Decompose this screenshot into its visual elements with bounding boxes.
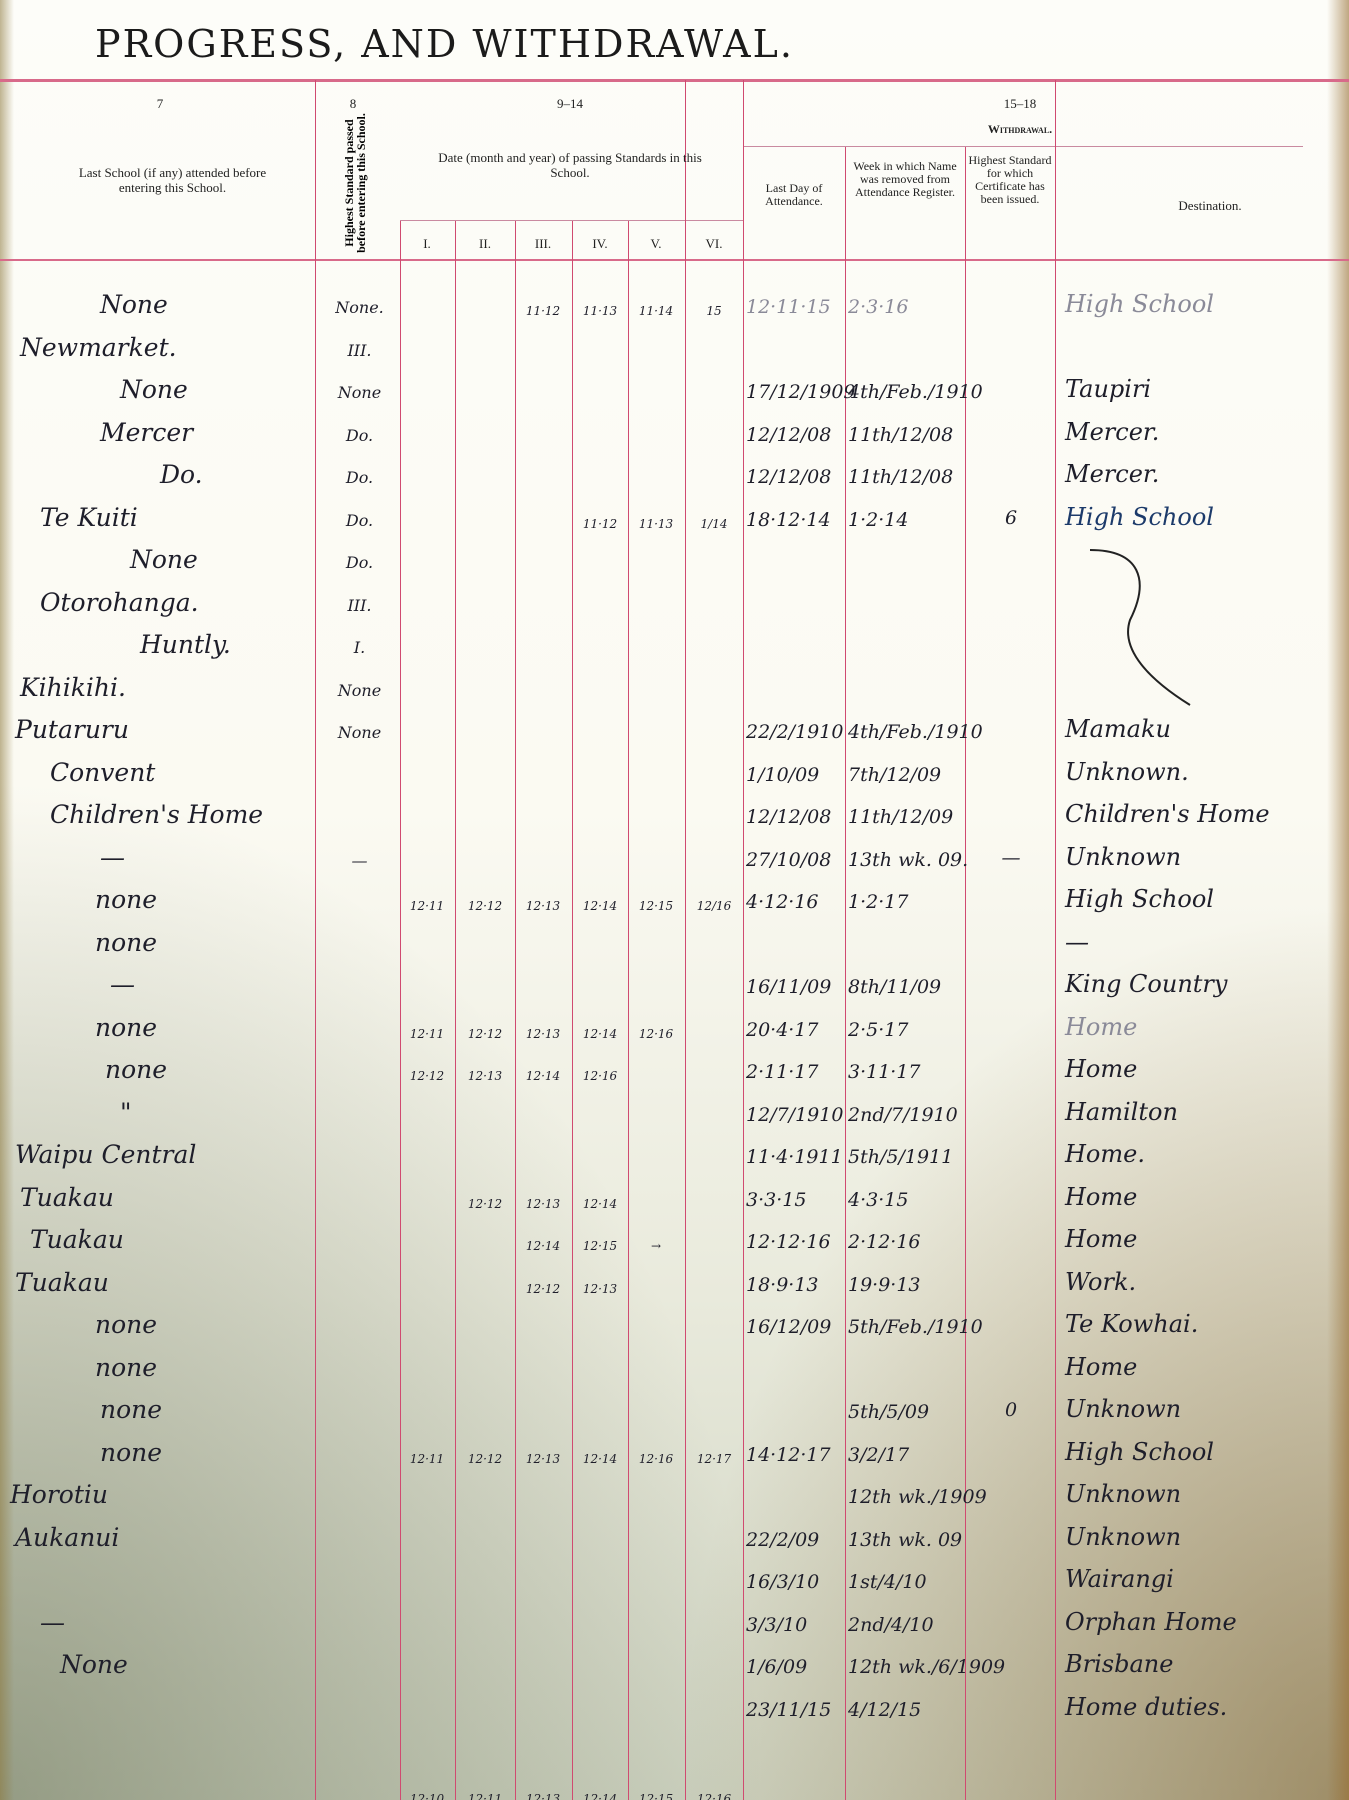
page-edge-stain [1327,0,1349,1800]
week-removed-cell: 2·3·16 [848,296,964,318]
destination-cell: Orphan Home [1065,1608,1237,1636]
destination-cell: Taupiri [1065,375,1151,403]
pass-date-cell: 12·15 [574,1239,626,1253]
week-removed-cell: 11th/12/09 [848,806,964,828]
column-rule [515,221,516,1800]
pass-date-cell: 12·16 [630,1027,682,1041]
destination-cell: — [1065,928,1089,956]
std-before-cell: Do. [322,426,397,445]
pass-date-cell: 11·13 [630,517,682,531]
pass-date-cell: 11·12 [574,517,626,531]
last-school-cell: Horotiu [10,1480,108,1509]
week-removed-label: Week in which Name was removed from Atte… [848,160,962,199]
col7-number: 7 [140,96,180,111]
std-before-cell: None [322,723,397,742]
week-removed-cell: 2nd/4/10 [848,1614,964,1636]
column-rule [572,221,573,1800]
certificate-cell: — [968,847,1054,869]
last-day-cell: 12/12/08 [746,466,844,488]
week-removed-cell: 2·12·16 [848,1231,964,1253]
standard-header-1: I. [407,236,447,251]
pass-date-cell: 12·13 [459,1069,511,1083]
week-removed-cell: 11th/12/08 [848,466,964,488]
destination-cell: Wairangi [1065,1565,1174,1593]
std-before-cell: Do. [322,511,397,530]
last-school-cell: Te Kuiti [40,503,138,532]
last-school-cell: Putaruru [15,715,129,744]
pass-date-cell: → [630,1239,682,1253]
week-removed-cell: 19·9·13 [848,1274,964,1296]
week-removed-cell: 7th/12/09 [848,764,964,786]
destination-label: Destination. [1080,198,1340,213]
last-day-cell: 20·4·17 [746,1019,844,1041]
last-day-cell: 16/3/10 [746,1571,844,1593]
pass-date-cell: 11·13 [574,304,626,318]
pass-date-cell: 11·12 [517,304,569,318]
last-day-cell: 18·12·14 [746,509,844,531]
last-day-cell: 17/12/1909 [746,381,844,403]
last-school-cell: None [100,290,168,319]
std-before-cell: — [322,851,397,870]
week-removed-cell: 11th/12/08 [848,424,964,446]
header-bottom-rule [0,259,1349,261]
last-school-cell: Waipu Central [15,1140,196,1169]
destination-cell: Unknown [1065,1523,1181,1551]
week-removed-cell: 8th/11/09 [848,976,964,998]
pass-date-cell: 12·14 [574,899,626,913]
destination-cell: Home. [1065,1140,1145,1168]
pass-date-cell: 12·16 [630,1452,682,1466]
last-day-cell: 12·11·15 [746,296,844,318]
week-removed-cell: 4/12/15 [848,1699,964,1721]
pass-date-cell: 11·14 [630,304,682,318]
last-school-cell: Mercer [100,418,193,447]
last-school-cell: Aukanui [15,1523,119,1552]
last-school-cell: Huntly. [140,630,231,659]
last-school-cell: none [95,885,157,914]
pass-date-cell: 12·14 [517,1069,569,1083]
last-school-cell: — [100,843,125,872]
week-removed-cell: 1·2·14 [848,509,964,531]
pass-date-cell: 12·13 [517,1027,569,1041]
last-school-cell: None [120,375,188,404]
std-before-cell: III. [322,596,397,615]
column-rule [685,80,686,1800]
last-day-label: Last Day of Attendance. [750,182,838,208]
last-school-cell: Tuakau [15,1268,109,1297]
destination-cell: Brisbane [1065,1650,1173,1678]
destination-cell: High School [1065,503,1214,531]
last-school-cell: — [40,1608,65,1637]
column-rule [455,221,456,1800]
pass-date-cell: 12·11 [401,899,453,913]
last-day-cell: 23/11/15 [746,1699,844,1721]
col8-label: Highest Standard passed before entering … [343,113,367,253]
last-day-cell: 4·12·16 [746,891,844,913]
last-day-cell: 16/12/09 [746,1316,844,1338]
pass-date-cell: 12·14 [574,1452,626,1466]
week-removed-cell: 2nd/7/1910 [848,1104,964,1126]
last-day-cell: 14·12·17 [746,1444,844,1466]
week-removed-cell: 13th wk. 09. [848,849,964,871]
last-school-cell: Otorohanga. [40,588,199,617]
pass-date-cell: 12·14 [574,1197,626,1211]
pass-date-cell: 12/16 [688,899,740,913]
week-removed-cell: 4·3·15 [848,1189,964,1211]
last-day-cell: 1/6/09 [746,1656,844,1678]
last-school-cell: Kihikihi. [20,673,126,702]
col9-14-number: 9–14 [540,96,600,111]
last-school-cell: none [95,1310,157,1339]
standard-header-4: IV. [580,236,620,251]
pass-date-cell: 12·12 [459,899,511,913]
pass-date-cell: 12·15 [630,899,682,913]
std-before-cell: None [322,681,397,700]
destination-cell: High School [1065,290,1214,318]
destination-cell: Home [1065,1353,1137,1381]
week-removed-cell: 4th/Feb./1910 [848,381,964,403]
last-school-cell: none [100,1395,162,1424]
last-day-cell: 12·12·16 [746,1231,844,1253]
pass-date-cell: 12·13 [517,1452,569,1466]
destination-cell: Unknown [1065,1395,1181,1423]
standard-header-2: II. [465,236,505,251]
last-day-cell: 12/12/08 [746,424,844,446]
week-removed-cell: 3·11·17 [848,1061,964,1083]
pass-date-cell: 12·16 [688,1792,740,1800]
last-day-cell: 3/3/10 [746,1614,844,1636]
last-day-cell: 12/7/1910 [746,1104,844,1126]
pass-date-cell: 12·13 [517,899,569,913]
pass-date-cell: 12·14 [517,1239,569,1253]
page-title: PROGRESS, AND WITHDRAWAL. [95,22,794,66]
column-rule [743,80,744,1800]
last-day-cell: 18·9·13 [746,1274,844,1296]
week-removed-cell: 2·5·17 [848,1019,964,1041]
certificate-cell: 6 [968,507,1054,529]
destination-cell: King Country [1065,970,1227,998]
last-day-cell: 1/10/09 [746,764,844,786]
last-day-cell: 3·3·15 [746,1189,844,1211]
pass-date-cell: 12·13 [517,1792,569,1800]
pass-date-cell: 12·13 [517,1197,569,1211]
standard-header-6: VI. [694,236,734,251]
destination-cell: Unknown [1065,843,1181,871]
std-before-cell: I. [322,638,397,657]
last-school-cell: Convent [50,758,155,787]
pass-date-cell: 12·13 [574,1282,626,1296]
header-top-rule [0,79,1349,82]
pass-date-cell: 15 [688,304,740,318]
destination-cell: Work. [1065,1268,1136,1296]
week-removed-cell: 4th/Feb./1910 [848,721,964,743]
pass-date-cell: 12·16 [574,1069,626,1083]
last-day-cell: 12/12/08 [746,806,844,828]
destination-cell: Unknown. [1065,758,1189,786]
destination-cell: Te Kowhai. [1065,1310,1198,1338]
last-school-cell: none [95,928,157,957]
register-page: PROGRESS, AND WITHDRAWAL. 7 Last School … [0,0,1349,1800]
std-before-cell: III. [322,341,397,360]
destination-cell: High School [1065,1438,1214,1466]
bracket-pen-mark [1080,540,1200,720]
last-day-cell: 27/10/08 [746,849,844,871]
last-day-cell: 22/2/09 [746,1529,844,1551]
destination-cell: Unknown [1065,1480,1181,1508]
last-school-cell: " [120,1098,132,1127]
destination-cell: Children's Home [1065,800,1270,828]
week-removed-cell: 5th/5/09 [848,1401,964,1423]
col8-label-box: Highest Standard passed before entering … [325,108,385,258]
last-school-cell: Children's Home [50,800,263,829]
pass-date-cell: 12·11 [401,1027,453,1041]
pass-date-cell: 12·12 [459,1452,511,1466]
destination-cell: Mercer. [1065,418,1159,446]
destination-cell: Home duties. [1065,1693,1227,1721]
last-school-cell: none [95,1013,157,1042]
destination-cell: Mercer. [1065,460,1159,488]
column-rule [628,221,629,1800]
last-day-cell: 11·4·1911 [746,1146,844,1168]
standard-header-5: V. [636,236,676,251]
column-rule [400,221,401,1800]
standard-header-3: III. [523,236,563,251]
week-removed-cell: 1·2·17 [848,891,964,913]
certificate-cell: 0 [968,1399,1054,1421]
destination-cell: Home [1065,1183,1137,1211]
pass-date-cell: 12·17 [688,1452,740,1466]
last-school-cell: none [95,1353,157,1382]
last-school-cell: — [110,970,135,999]
pass-date-cell: 12·10 [401,1792,453,1800]
last-school-cell: none [105,1055,167,1084]
pass-date-cell: 12·12 [459,1197,511,1211]
pass-date-cell: 12·11 [401,1452,453,1466]
last-day-cell: 16/11/09 [746,976,844,998]
last-school-cell: Newmarket. [20,333,177,362]
pass-date-cell: 1/14 [688,517,740,531]
week-removed-cell: 5th/5/1911 [848,1146,964,1168]
week-removed-cell: 5th/Feb./1910 [848,1316,964,1338]
week-removed-cell: 13th wk. 09 [848,1529,964,1551]
pass-date-cell: 12·11 [459,1792,511,1800]
withdrawal-sub-rule [743,146,1303,147]
last-school-cell: none [100,1438,162,1467]
last-school-cell: Tuakau [20,1183,114,1212]
std-before-cell: None. [322,298,397,317]
pass-date-cell: 12·12 [517,1282,569,1296]
pass-date-cell: 12·14 [574,1792,626,1800]
pass-date-cell: 12·12 [459,1027,511,1041]
column-rule [1055,80,1056,1800]
std-before-cell: Do. [322,468,397,487]
last-school-cell: Do. [160,460,203,489]
week-removed-cell: 1st/4/10 [848,1571,964,1593]
week-removed-cell: 12th wk./6/1909 [848,1656,964,1678]
destination-cell: Home [1065,1055,1137,1083]
highest-cert-label: Highest Standard for which Certificate h… [967,154,1053,206]
pass-date-cell: 12·15 [630,1792,682,1800]
col15-18-number: 15–18 [990,96,1050,111]
column-rule [315,80,316,1800]
std-before-cell: Do. [322,553,397,572]
pass-date-cell: 12·12 [401,1069,453,1083]
withdrawal-group-label: Withdrawal. [950,123,1090,136]
last-school-cell: None [130,545,198,574]
std-before-cell: None [322,383,397,402]
last-school-cell: Tuakau [30,1225,124,1254]
destination-cell: High School [1065,885,1214,913]
last-day-cell: 2·11·17 [746,1061,844,1083]
week-removed-cell: 3/2/17 [848,1444,964,1466]
destination-cell: Home [1065,1013,1137,1041]
col7-label: Last School (if any) attended before ent… [60,165,285,195]
destination-cell: Hamilton [1065,1098,1178,1126]
destination-cell: Home [1065,1225,1137,1253]
week-removed-cell: 12th wk./1909 [848,1486,964,1508]
last-school-cell: None [60,1650,128,1679]
col9-14-label: Date (month and year) of passing Standar… [430,150,710,180]
page-edge-stain [0,0,14,1800]
last-day-cell: 22/2/1910 [746,721,844,743]
pass-date-cell: 12·14 [574,1027,626,1041]
